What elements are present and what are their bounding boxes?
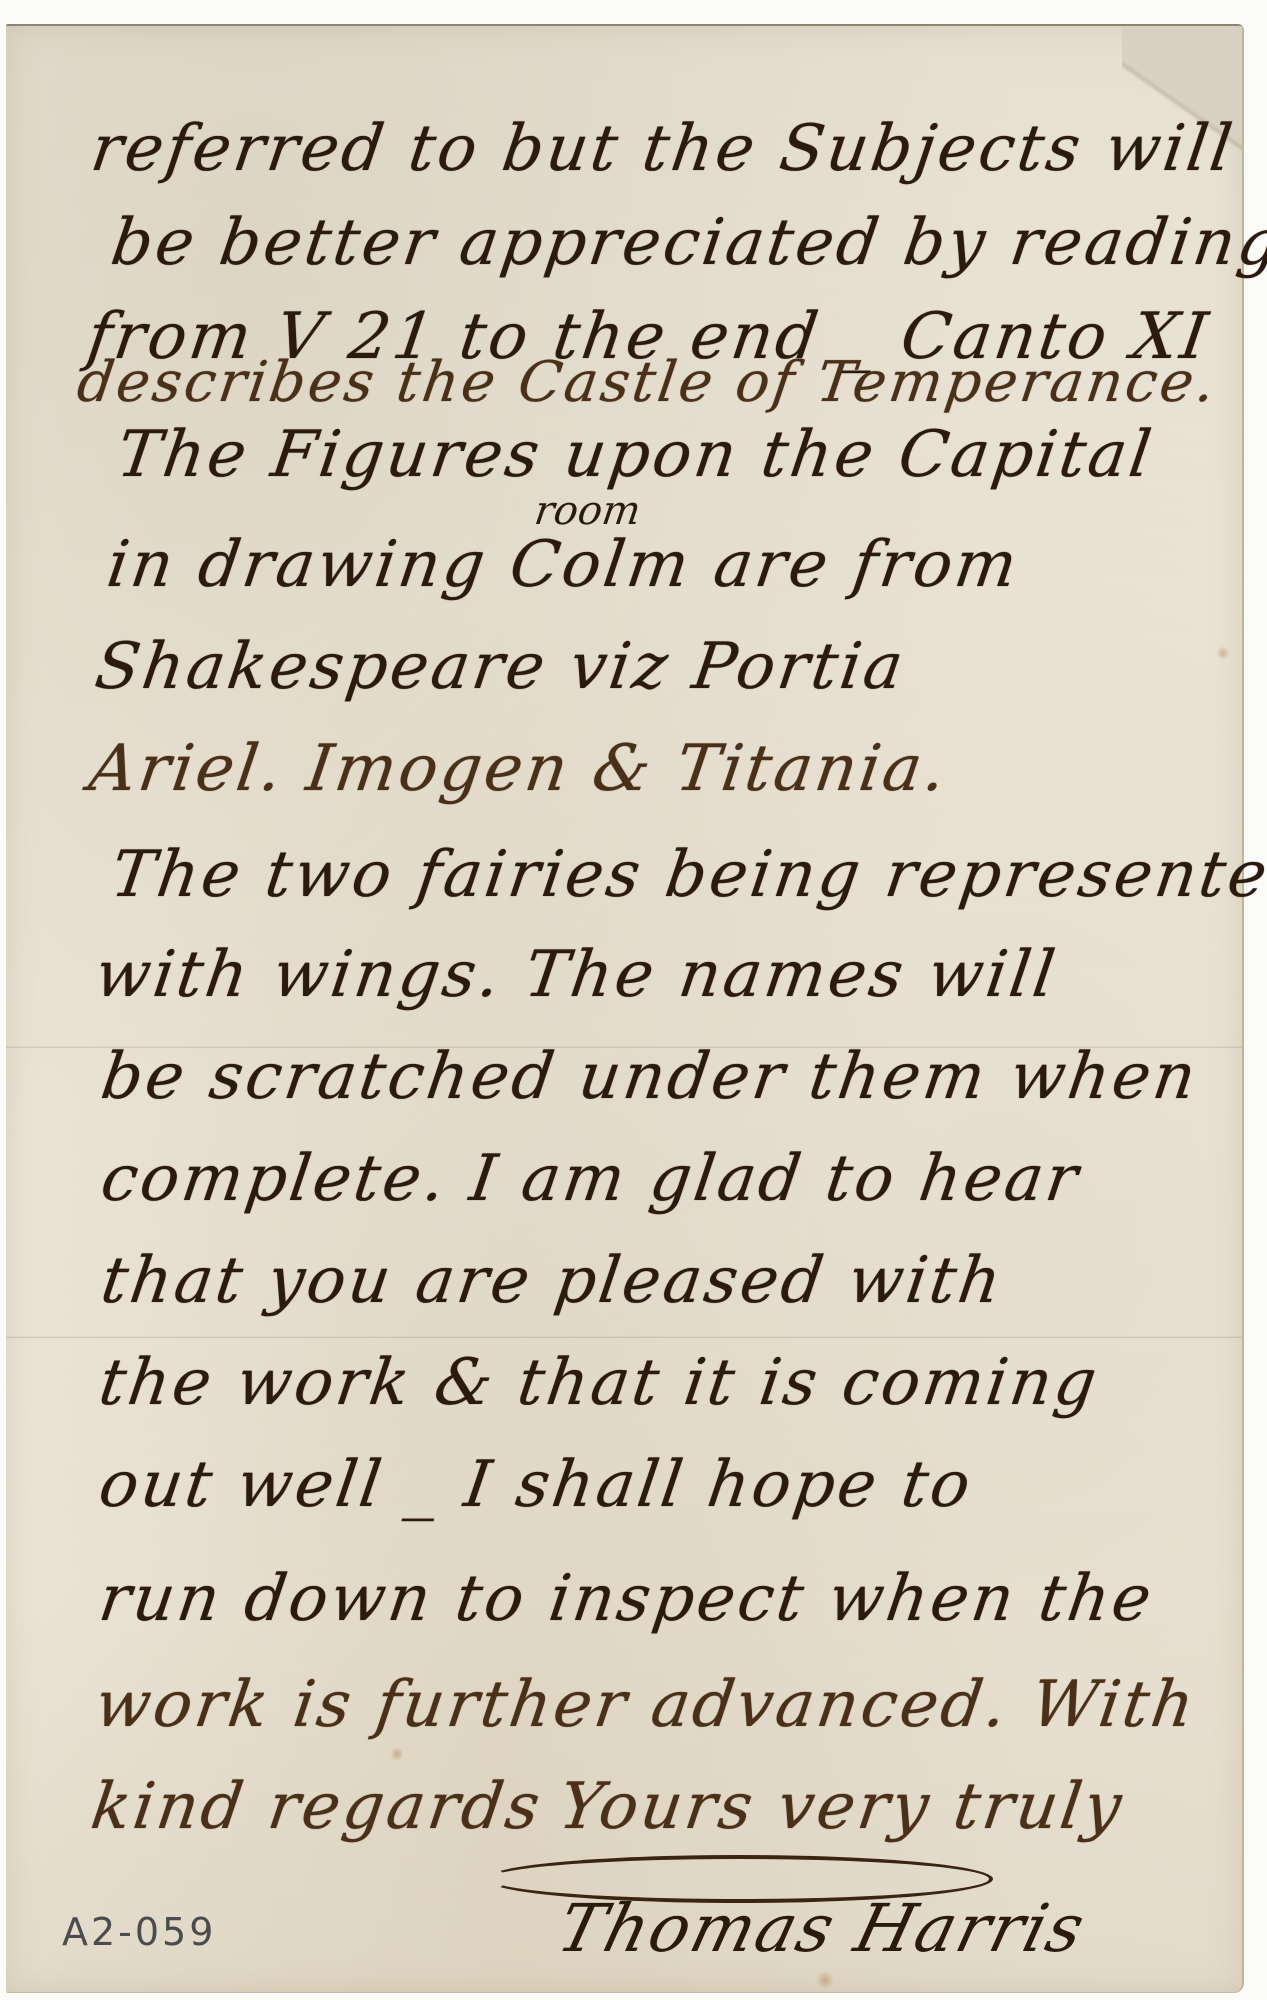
letter-line-14: the work & that it is coming <box>95 1346 1104 1420</box>
letter-line-8: Ariel. Imogen & Titania. <box>85 732 953 806</box>
letter-line-4: describes the Castle of Temperance. <box>73 350 1221 415</box>
letter-line-5: The Figures upon the Capital <box>113 418 1159 492</box>
letter-line-12: complete. I am glad to hear <box>97 1142 1085 1216</box>
catalog-number: A2-059 <box>62 1910 216 1954</box>
letter-closing: Yours very truly <box>555 1770 1129 1844</box>
signature: Thomas Harris <box>550 1890 1093 1967</box>
letter-line-1: referred to but the Subjects will <box>87 112 1239 186</box>
ink-stain <box>391 1746 403 1762</box>
letter-line-16: run down to inspect when the <box>95 1562 1159 1636</box>
letter-line-18: kind regards <box>87 1770 547 1844</box>
letter-line-9: The two fairies being represented <box>107 838 1267 912</box>
paper-fold-crease <box>6 1336 1242 1339</box>
ink-stain <box>1216 646 1230 660</box>
letter-line-15: out well _ I shall hope to <box>95 1448 978 1522</box>
letter-line-17: work is further advanced. With <box>91 1668 1201 1742</box>
letter-line-7: Shakespeare viz Portia <box>91 630 911 704</box>
letter-line-13: that you are pleased with <box>97 1244 1008 1318</box>
letter-line-10: with wings. The names will <box>91 938 1062 1012</box>
letter-line-6: in drawing Colm are from <box>103 528 1024 602</box>
ink-stain <box>816 1971 834 1989</box>
letter-line-11: be scratched under them when <box>97 1040 1203 1114</box>
letter-line-2: be better appreciated by reading <box>107 206 1267 280</box>
